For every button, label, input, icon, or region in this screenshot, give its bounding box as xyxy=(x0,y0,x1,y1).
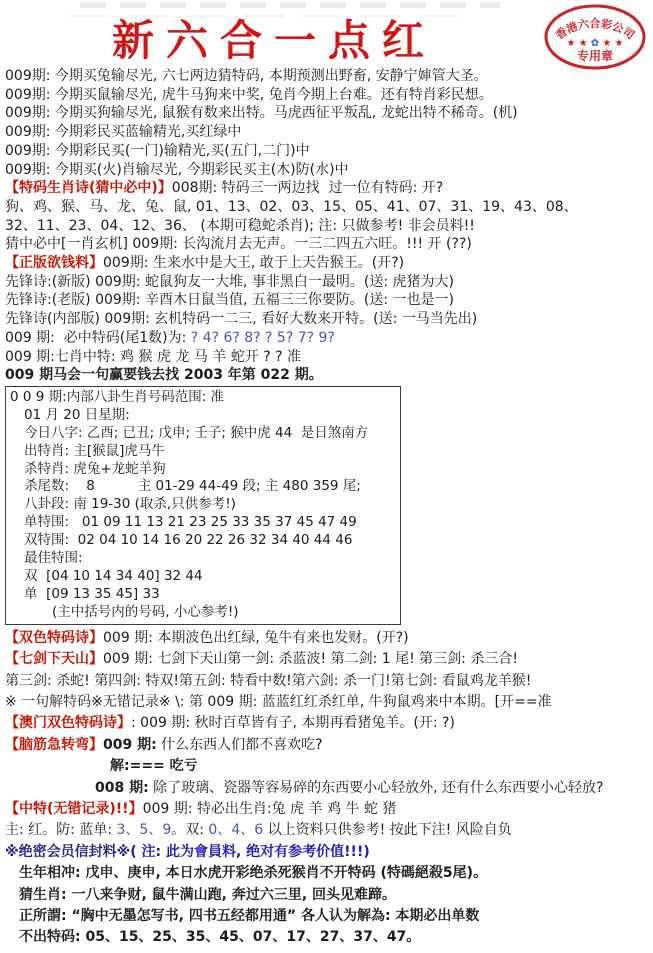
text-segment: 除了玻璃、瓷器等容易碎的东西要小心轻放外, 还有什么东西要小心轻放? xyxy=(149,780,604,796)
lottery-tip-sheet: 新六合一点红 香港六合彩公司 ★ ★ ✿ ★ ★ 专用章 009期: 今期买兔输… xyxy=(0,0,653,953)
text-segment: 009期: 今期买狗输尽光, 鼠猴有数来出特。马虎西征平叛乱, 龙蛇出特不稀奇。… xyxy=(5,105,518,121)
text-line: 009期: 今期买(火)肖输尽光, 今期彩民买主(木)防(水)中 xyxy=(5,161,651,180)
text-line: 先锋诗:(新版) 009期: 蛇鼠狗友一大堆, 事非黑白一最明。(送: 虎猪为大… xyxy=(5,273,651,292)
text-line: 八卦段: 南 19-30 (取杀,只供参考!) xyxy=(10,496,396,514)
text-segment: 出特肖: 主[猴鼠]虎马牛 xyxy=(24,443,165,459)
text-segment: ※ 一句解特码※无错记录※ \: 第 009 期: 蓝蓝红红杀红单, 牛狗鼠鸡来… xyxy=(5,694,552,710)
text-line: 009 期:七肖中特: 鸡 猴 虎 龙 马 羊 蛇开 ? ? 准 xyxy=(5,348,651,367)
text-segment: ( 注: 此为會員料, 绝对有参考价值!!!) xyxy=(130,844,370,860)
text-segment: 009 期马会一句赢要钱去找 2003 年第 022 期。 xyxy=(5,367,323,383)
text-line: 009 期: 必中特码(尾1数)为: ? 4? 6? 8? ? 5? 7? 9? xyxy=(5,329,651,348)
text-segment: 先锋诗:(老版) 009期: 辛酉木日鼠当值, 五福三三你要防。(送: 一也是一… xyxy=(5,292,454,308)
text-segment: 01 月 20 日星期: xyxy=(24,407,130,423)
text-segment: 009期: 今期买鼠输尽光, 虎牛马狗来中奖, 兔肖今期上台难。还有特肖彩民想。 xyxy=(5,87,493,103)
text-segment: 0 0 9 期:内部八卦生肖号码范围: 准 xyxy=(10,389,224,405)
text-line: 009期: 今期彩民买(一门)输精光,买(五门,二门)中 xyxy=(5,142,651,161)
text-line: 【特码生肖诗(猜中必中)】008期: 特码三一两边找 过一位有特码: 开? xyxy=(5,179,651,198)
text-segment: : 009 期: 秋时百草皆有子, 本期再看猪兔羊。(开: ?) xyxy=(131,715,455,731)
text-line: 猜生肖: 一八来争财, 鼠牛满山跑, 奔过六三里, 回头见难蹄。 xyxy=(5,885,651,906)
text-line: 009期: 今期买鼠输尽光, 虎牛马狗来中奖, 兔肖今期上台难。还有特肖彩民想。 xyxy=(5,86,651,105)
text-segment: 009期: 今期买(火)肖输尽光, 今期彩民买主(木)防(水)中 xyxy=(5,162,349,178)
text-segment: 先锋诗(内部版) 009期: 玄机特码一二三, 看好大数来开特。(送: 一马当先… xyxy=(5,311,477,327)
text-segment: 单特围: 01 09 11 13 21 23 25 33 35 37 45 47… xyxy=(24,514,357,530)
section-header: 【正版欲钱料】 xyxy=(5,255,103,271)
text-line: 009期: 今期买兔输尽光, 六七两边猜特码, 本期预测出野畜, 安静宁婶管大圣… xyxy=(5,67,651,86)
stamp-flower-icon: ✿ xyxy=(591,38,599,49)
text-line: 正所謂: “胸中无墨怎写书, 四书五经都用通” 各人认为解為: 本期必出单数 xyxy=(5,906,651,927)
text-segment: 猜中必中[一肖玄机] 009期: 长沟流月去无声。一三二四五六旺。!!! 开 (… xyxy=(5,236,472,252)
text-segment: 009期: 今期买兔输尽光, 六七两边猜特码, 本期预测出野畜, 安静宁婶管大圣… xyxy=(5,68,488,84)
text-segment: ※绝密会员信封料※ xyxy=(5,844,130,860)
stamp-stars-right: ★ ★ xyxy=(602,38,623,49)
text-line: 不出特码: 05、15、25、35、45、07、17、27、37、47。 xyxy=(5,927,651,948)
text-line: 主: 红。防: 蓝单: 3、5、9。双: 0、4、6 以上资料只供参考! 按此下… xyxy=(5,820,651,841)
text-line: 【脑筋急转弯】009 期: 什么东西人们都不喜欢吃? xyxy=(5,735,651,756)
text-line: 解:=== 吃亏 xyxy=(5,756,651,777)
text-segment: 最佳特围: xyxy=(24,550,83,566)
text-segment: (主中括号内的号码, 小心参考!) xyxy=(52,604,239,620)
text-segment: ? 4? 6? 8? ? 5? 7? 9? xyxy=(191,330,335,346)
text-line: ※ 一句解特码※无错记录※ \: 第 009 期: 蓝蓝红红杀红单, 牛狗鼠鸡来… xyxy=(5,692,651,713)
text-segment: 双 [04 10 14 34 40] 32 44 xyxy=(24,568,203,584)
official-seal-stamp: 香港六合彩公司 ★ ★ ✿ ★ ★ 专用章 xyxy=(541,2,649,74)
text-line: 0 0 9 期:内部八卦生肖号码范围: 准 xyxy=(10,389,396,407)
text-segment: 杀尾数: 8 主 01-29 44-49 段; 主 480 359 尾; xyxy=(24,478,361,494)
text-segment: 008期: 特码三一两边找 过一位有特码: 开? xyxy=(172,180,443,196)
section-header: 【澳门双色特码诗】 xyxy=(5,715,131,731)
text-segment: 不出特码: 05、15、25、35、45、07、17、27、37、47。 xyxy=(19,929,420,945)
text-segment: 杀特肖: 虎兔+龙蛇羊狗 xyxy=(24,461,166,477)
text-segment: 解:=== 吃亏 xyxy=(110,758,198,774)
text-line: 【澳门双色特码诗】: 009 期: 秋时百草皆有子, 本期再看猪兔羊。(开: ?… xyxy=(5,713,651,734)
text-segment: 0、4、6 xyxy=(208,822,263,838)
text-segment: 狗、鸡、猴、马、龙、兔、鼠, 01、13、02、03、15、05、41、07、3… xyxy=(5,199,578,215)
text-line: 【七剑下天山】009 期: 七剑下天山第一剑: 杀蓝波! 第二剑: 1 尾! 第… xyxy=(5,649,651,670)
text-line: 今日八字: 乙酉; 已丑; 戊申; 壬子; 猴中虎 44 是日煞南方 xyxy=(10,425,396,443)
text-segment: 正所謂: “胸中无墨怎写书, 四书五经都用通” 各人认为解為: 本期必出单数 xyxy=(19,908,479,924)
text-line: 双 [04 10 14 34 40] 32 44 xyxy=(10,568,396,586)
text-segment: 以上资料只供参考! 按此下注! 风险自负 xyxy=(263,822,512,838)
text-line: 双特围: 02 04 10 14 16 20 22 26 32 34 40 44… xyxy=(10,532,396,550)
text-line: 008 期: 除了玻璃、瓷器等容易碎的东西要小心轻放外, 还有什么东西要小心轻放… xyxy=(5,778,651,799)
text-segment: 32、11、23、04、12、36、 (本期可稳蛇杀肖); 注: 只做参考! 非… xyxy=(5,218,475,234)
text-segment: 009 期: xyxy=(103,737,157,753)
text-line: ※绝密会员信封料※( 注: 此为會員料, 绝对有参考价值!!!) xyxy=(5,842,651,863)
text-line: 01 月 20 日星期: xyxy=(10,407,396,425)
text-segment: 009期: 今期彩民买蓝输精光,买红绿中 xyxy=(5,124,241,140)
text-segment: 今日八字: 乙酉; 已丑; 戊申; 壬子; 猴中虎 44 是日煞南方 xyxy=(24,425,368,441)
bottom-lines-section: 【双色特码诗】009 期: 本期波色出红绿, 兔牛有来也发财。(开?)【七剑下天… xyxy=(5,628,651,949)
text-line: 生年相冲: 戊申、庚申, 本日水虎开彩绝杀死猴肖不开特码 (特碼絕殺5尾)。 xyxy=(5,863,651,884)
text-line: 先锋诗(内部版) 009期: 玄机特码一二三, 看好大数来开特。(送: 一马当先… xyxy=(5,310,651,329)
text-segment: 009 期: 特必出生肖:兔 虎 羊 鸡 牛 蛇 猪 xyxy=(143,801,397,817)
text-line: 单特围: 01 09 11 13 21 23 25 33 35 37 45 47… xyxy=(10,514,396,532)
section-header: 【特码生肖诗(猜中必中)】 xyxy=(5,180,172,196)
stamp-bottom-text: 专用章 xyxy=(577,48,613,63)
top-lines-section: 009期: 今期买兔输尽光, 六七两边猜特码, 本期预测出野畜, 安静宁婶管大圣… xyxy=(5,67,651,385)
text-line: 最佳特围: xyxy=(10,550,396,568)
svg-text:★ ★ ✿ ★ ★: ★ ★ ✿ ★ ★ xyxy=(567,38,624,49)
bagua-info-box: 0 0 9 期:内部八卦生肖号码范围: 准01 月 20 日星期:今日八字: 乙… xyxy=(5,386,401,625)
text-line: 先锋诗:(老版) 009期: 辛酉木日鼠当值, 五福三三你要防。(送: 一也是一… xyxy=(5,291,651,310)
text-segment: 009 期: 必中特码(尾1数)为: xyxy=(5,330,191,346)
section-header: 【七剑下天山】 xyxy=(5,651,103,667)
text-line: 单 [09 13 35 45] 33 xyxy=(10,586,396,604)
text-segment: 先锋诗:(新版) 009期: 蛇鼠狗友一大堆, 事非黑白一最明。(送: 虎猪为大… xyxy=(5,274,454,290)
text-line: 杀尾数: 8 主 01-29 44-49 段; 主 480 359 尾; xyxy=(10,478,396,496)
text-segment: 什么东西人们都不喜欢吃? xyxy=(157,737,323,753)
text-segment: 009期: 生来水中是大王, 敢于上天告猴王。(开?) xyxy=(103,255,404,271)
section-header: 【双色特码诗】 xyxy=(5,630,103,646)
text-segment: 第三剑: 杀蛇! 第四剑: 特双!第五剑: 特看中数!第六剑: 杀一门!第七剑:… xyxy=(5,673,531,689)
text-segment: 单 [09 13 35 45] 33 xyxy=(24,586,160,602)
text-line: 【正版欲钱料】009期: 生来水中是大王, 敢于上天告猴王。(开?) xyxy=(5,254,651,273)
text-segment: 3、5、9 xyxy=(117,822,172,838)
text-segment: 猜生肖: 一八来争财, 鼠牛满山跑, 奔过六三里, 回头见难蹄。 xyxy=(19,887,396,903)
stamp-stars-left: ★ ★ xyxy=(567,38,588,49)
text-segment: 主: 红。防: 蓝单: xyxy=(5,822,117,838)
text-segment: 双特围: 02 04 10 14 16 20 22 26 32 34 40 44… xyxy=(24,532,352,548)
text-line: 009期: 今期买狗输尽光, 鼠猴有数来出特。马虎西征平叛乱, 龙蛇出特不稀奇。… xyxy=(5,104,651,123)
section-header: 【中特(无错记录)!!】 xyxy=(5,801,143,817)
text-segment: 。双: xyxy=(171,822,208,838)
text-segment: 八卦段: 南 19-30 (取杀,只供参考!) xyxy=(24,496,236,512)
text-line: 【双色特码诗】009 期: 本期波色出红绿, 兔牛有来也发财。(开?) xyxy=(5,628,651,649)
text-segment: 008 期: xyxy=(95,780,149,796)
page-title: 新六合一点红 xyxy=(112,8,436,68)
text-line: 杀特肖: 虎兔+龙蛇羊狗 xyxy=(10,461,396,479)
text-line: 32、11、23、04、12、36、 (本期可稳蛇杀肖); 注: 只做参考! 非… xyxy=(5,217,651,236)
text-line: 第三剑: 杀蛇! 第四剑: 特双!第五剑: 特看中数!第六剑: 杀一门!第七剑:… xyxy=(5,671,651,692)
section-header: 【脑筋急转弯】 xyxy=(5,737,103,753)
text-line: 009期: 今期彩民买蓝输精光,买红绿中 xyxy=(5,123,651,142)
text-segment: 009 期:七肖中特: 鸡 猴 虎 龙 马 羊 蛇开 ? ? 准 xyxy=(5,349,301,365)
document-body: 009期: 今期买兔输尽光, 六七两边猜特码, 本期预测出野畜, 安静宁婶管大圣… xyxy=(5,67,651,949)
text-line: 狗、鸡、猴、马、龙、兔、鼠, 01、13、02、03、15、05、41、07、3… xyxy=(5,198,651,217)
text-line: 出特肖: 主[猴鼠]虎马牛 xyxy=(10,443,396,461)
text-segment: 生年相冲: 戊申、庚申, 本日水虎开彩绝杀死猴肖不开特码 (特碼絕殺5尾)。 xyxy=(19,865,487,881)
text-line: 【中特(无错记录)!!】009 期: 特必出生肖:兔 虎 羊 鸡 牛 蛇 猪 xyxy=(5,799,651,820)
text-line: 猜中必中[一肖玄机] 009期: 长沟流月去无声。一三二四五六旺。!!! 开 (… xyxy=(5,235,651,254)
text-line: 009 期马会一句赢要钱去找 2003 年第 022 期。 xyxy=(5,366,651,385)
text-line: (主中括号内的号码, 小心参考!) xyxy=(10,604,396,622)
text-segment: 009 期: 本期波色出红绿, 兔牛有来也发财。(开?) xyxy=(103,630,409,646)
text-segment: 009期: 今期彩民买(一门)输精光,买(五门,二门)中 xyxy=(5,143,310,159)
text-segment: 009 期: 七剑下天山第一剑: 杀蓝波! 第二剑: 1 尾! 第三剑: 杀三合… xyxy=(103,651,518,667)
